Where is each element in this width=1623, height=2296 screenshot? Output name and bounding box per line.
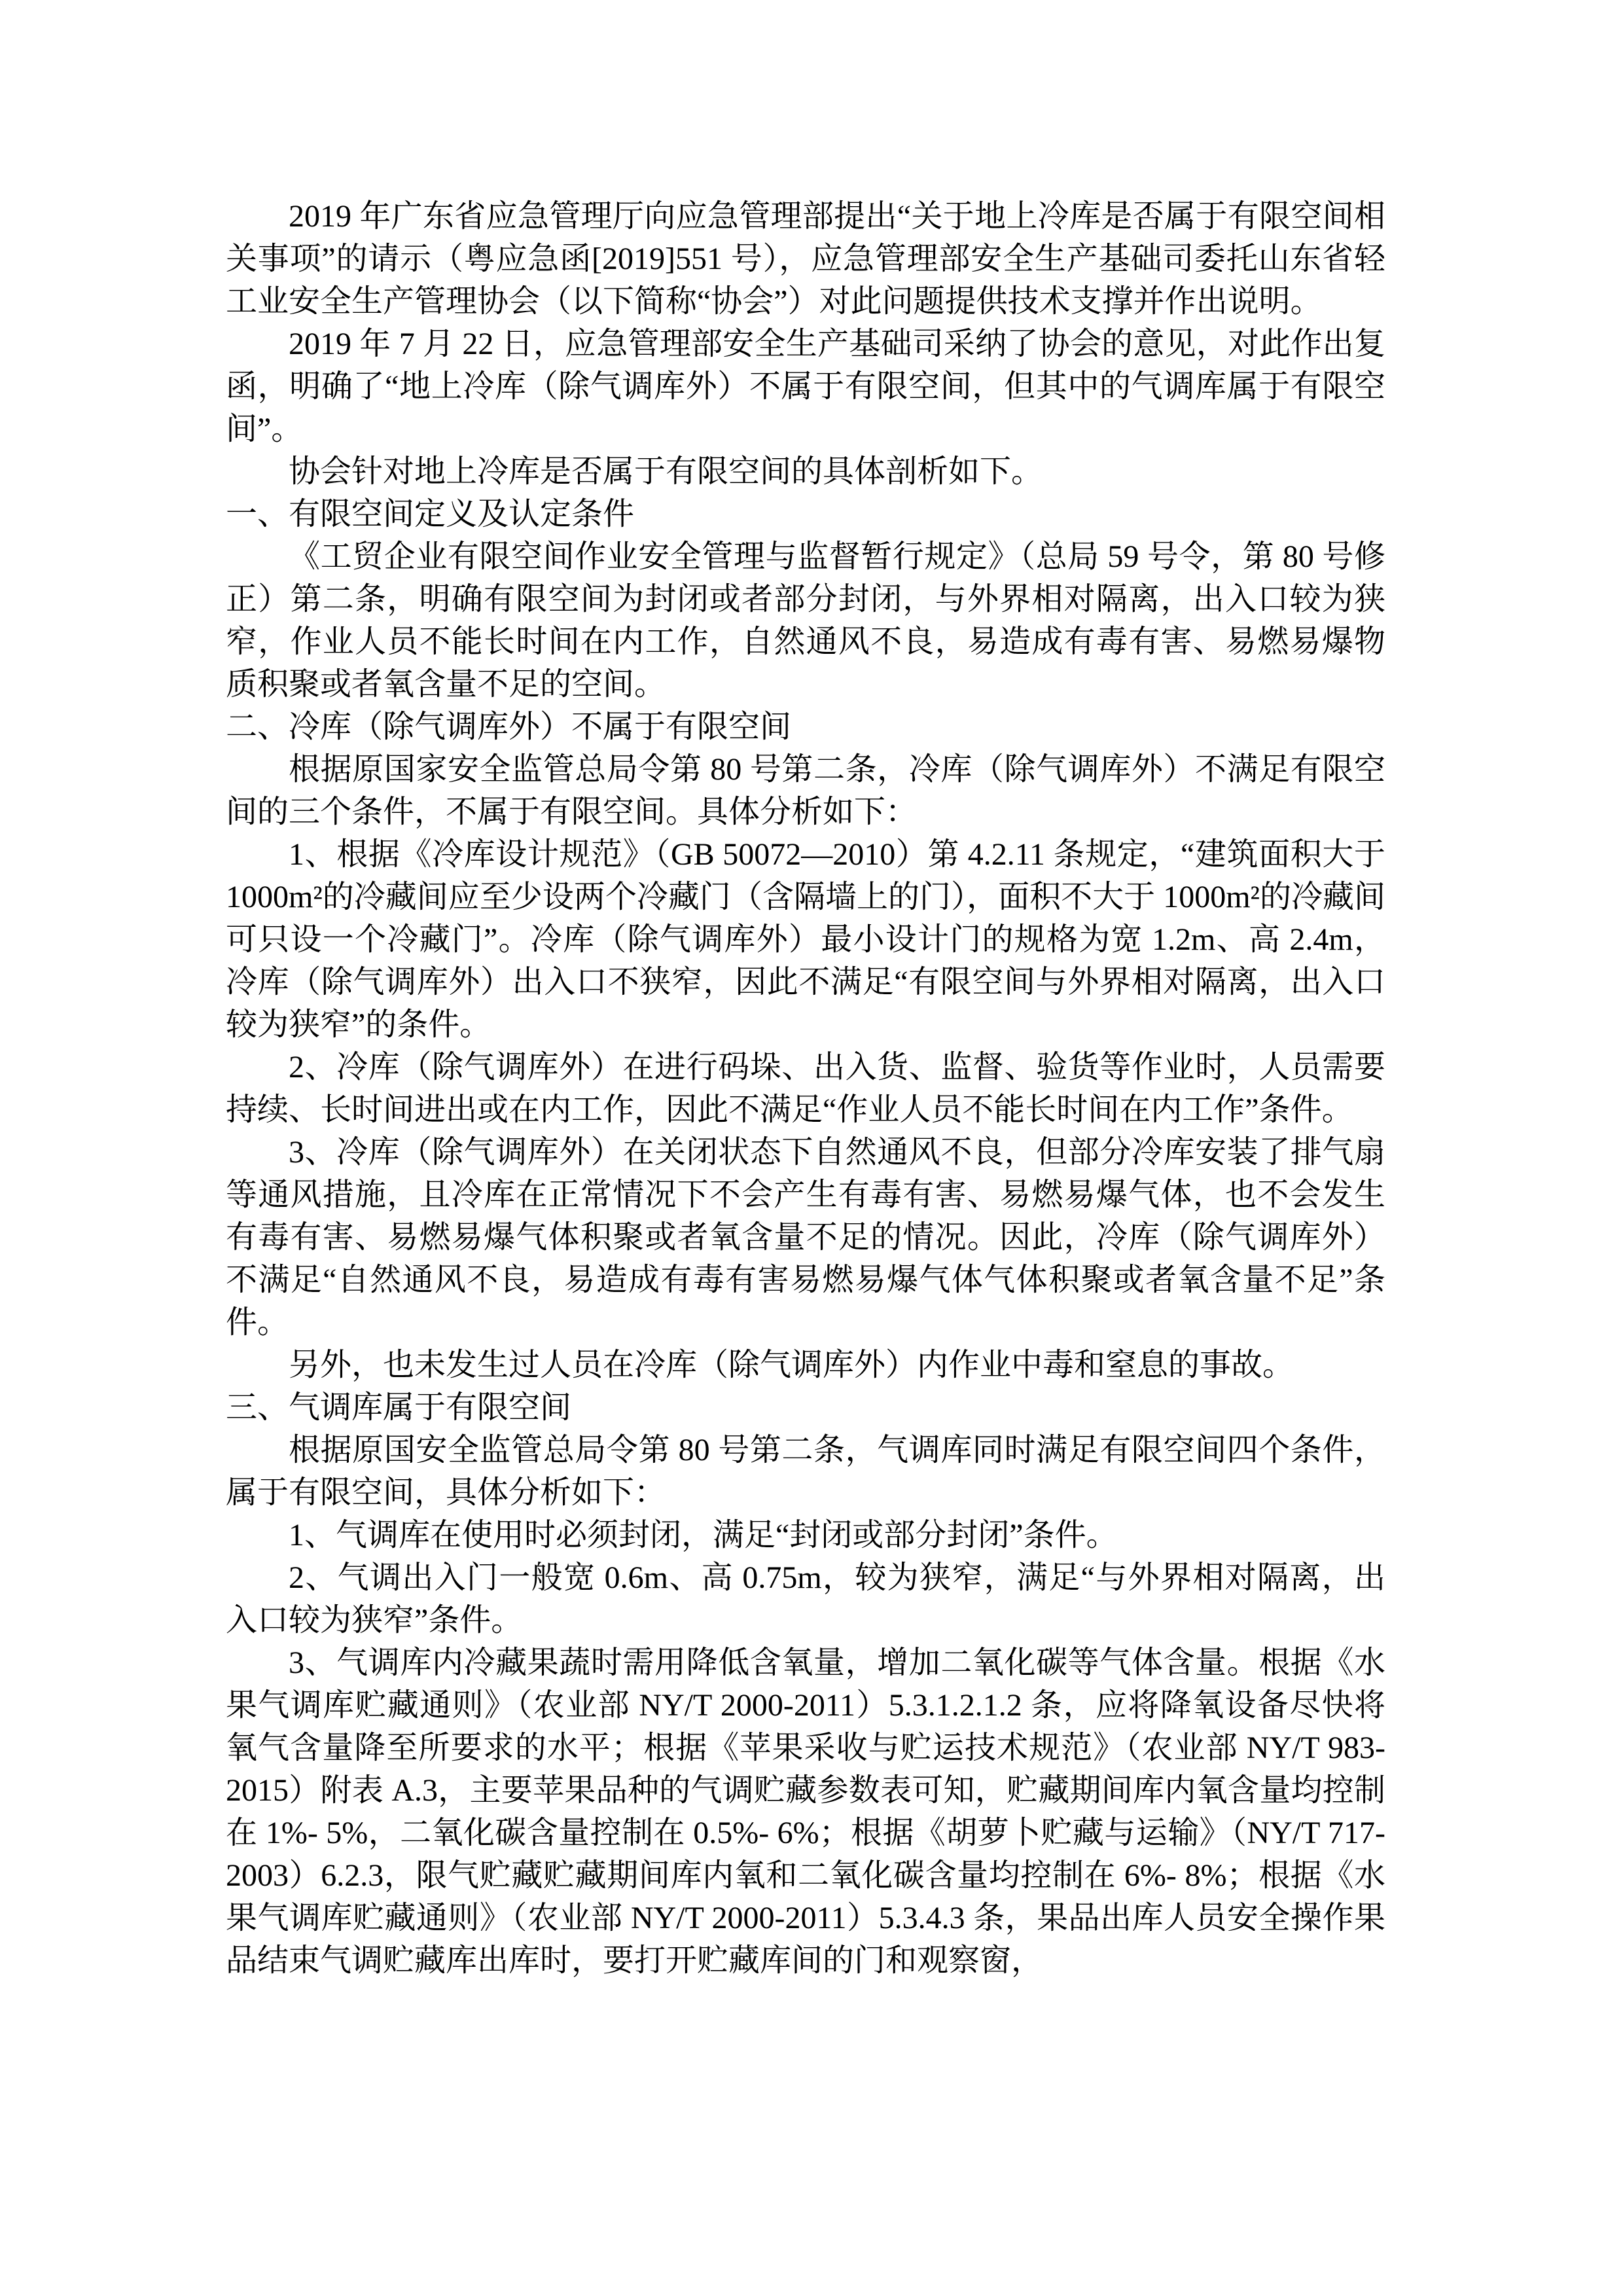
paragraph: 2、气调出入门一般宽 0.6m、高 0.75m，较为狭窄，满足“与外界相对隔离，…	[226, 1556, 1385, 1641]
paragraph: 根据原国家安全监管总局令第 80 号第二条，冷库（除气调库外）不满足有限空间的三…	[226, 748, 1385, 833]
paragraph: 3、冷库（除气调库外）在关闭状态下自然通风不良，但部分冷库安装了排气扇等通风措施…	[226, 1131, 1385, 1344]
paragraph: 根据原国安全监管总局令第 80 号第二条，气调库同时满足有限空间四个条件，属于有…	[226, 1429, 1385, 1514]
paragraph: 另外，也未发生过人员在冷库（除气调库外）内作业中毒和窒息的事故。	[226, 1344, 1385, 1386]
section-heading-1: 一、有限空间定义及认定条件	[226, 493, 1385, 535]
paragraph: 3、气调库内冷藏果蔬时需用降低含氧量，增加二氧化碳等气体含量。根据《水果气调库贮…	[226, 1641, 1385, 1982]
document-page: 2019 年广东省应急管理厅向应急管理部提出“关于地上冷库是否属于有限空间相关事…	[0, 0, 1623, 2296]
paragraph: 1、气调库在使用时必须封闭，满足“封闭或部分封闭”条件。	[226, 1514, 1385, 1556]
paragraph: 2、冷库（除气调库外）在进行码垛、出入货、监督、验货等作业时，人员需要持续、长时…	[226, 1046, 1385, 1131]
paragraph: 《工贸企业有限空间作业安全管理与监督暂行规定》（总局 59 号令，第 80 号修…	[226, 535, 1385, 706]
paragraph: 协会针对地上冷库是否属于有限空间的具体剖析如下。	[226, 450, 1385, 493]
document-body: 2019 年广东省应急管理厅向应急管理部提出“关于地上冷库是否属于有限空间相关事…	[226, 195, 1385, 1982]
paragraph: 2019 年广东省应急管理厅向应急管理部提出“关于地上冷库是否属于有限空间相关事…	[226, 195, 1385, 323]
section-heading-2: 二、冷库（除气调库外）不属于有限空间	[226, 706, 1385, 748]
paragraph: 2019 年 7 月 22 日，应急管理部安全生产基础司采纳了协会的意见，对此作…	[226, 323, 1385, 450]
paragraph: 1、根据《冷库设计规范》（GB 50072—2010）第 4.2.11 条规定，…	[226, 833, 1385, 1046]
section-heading-3: 三、气调库属于有限空间	[226, 1386, 1385, 1429]
